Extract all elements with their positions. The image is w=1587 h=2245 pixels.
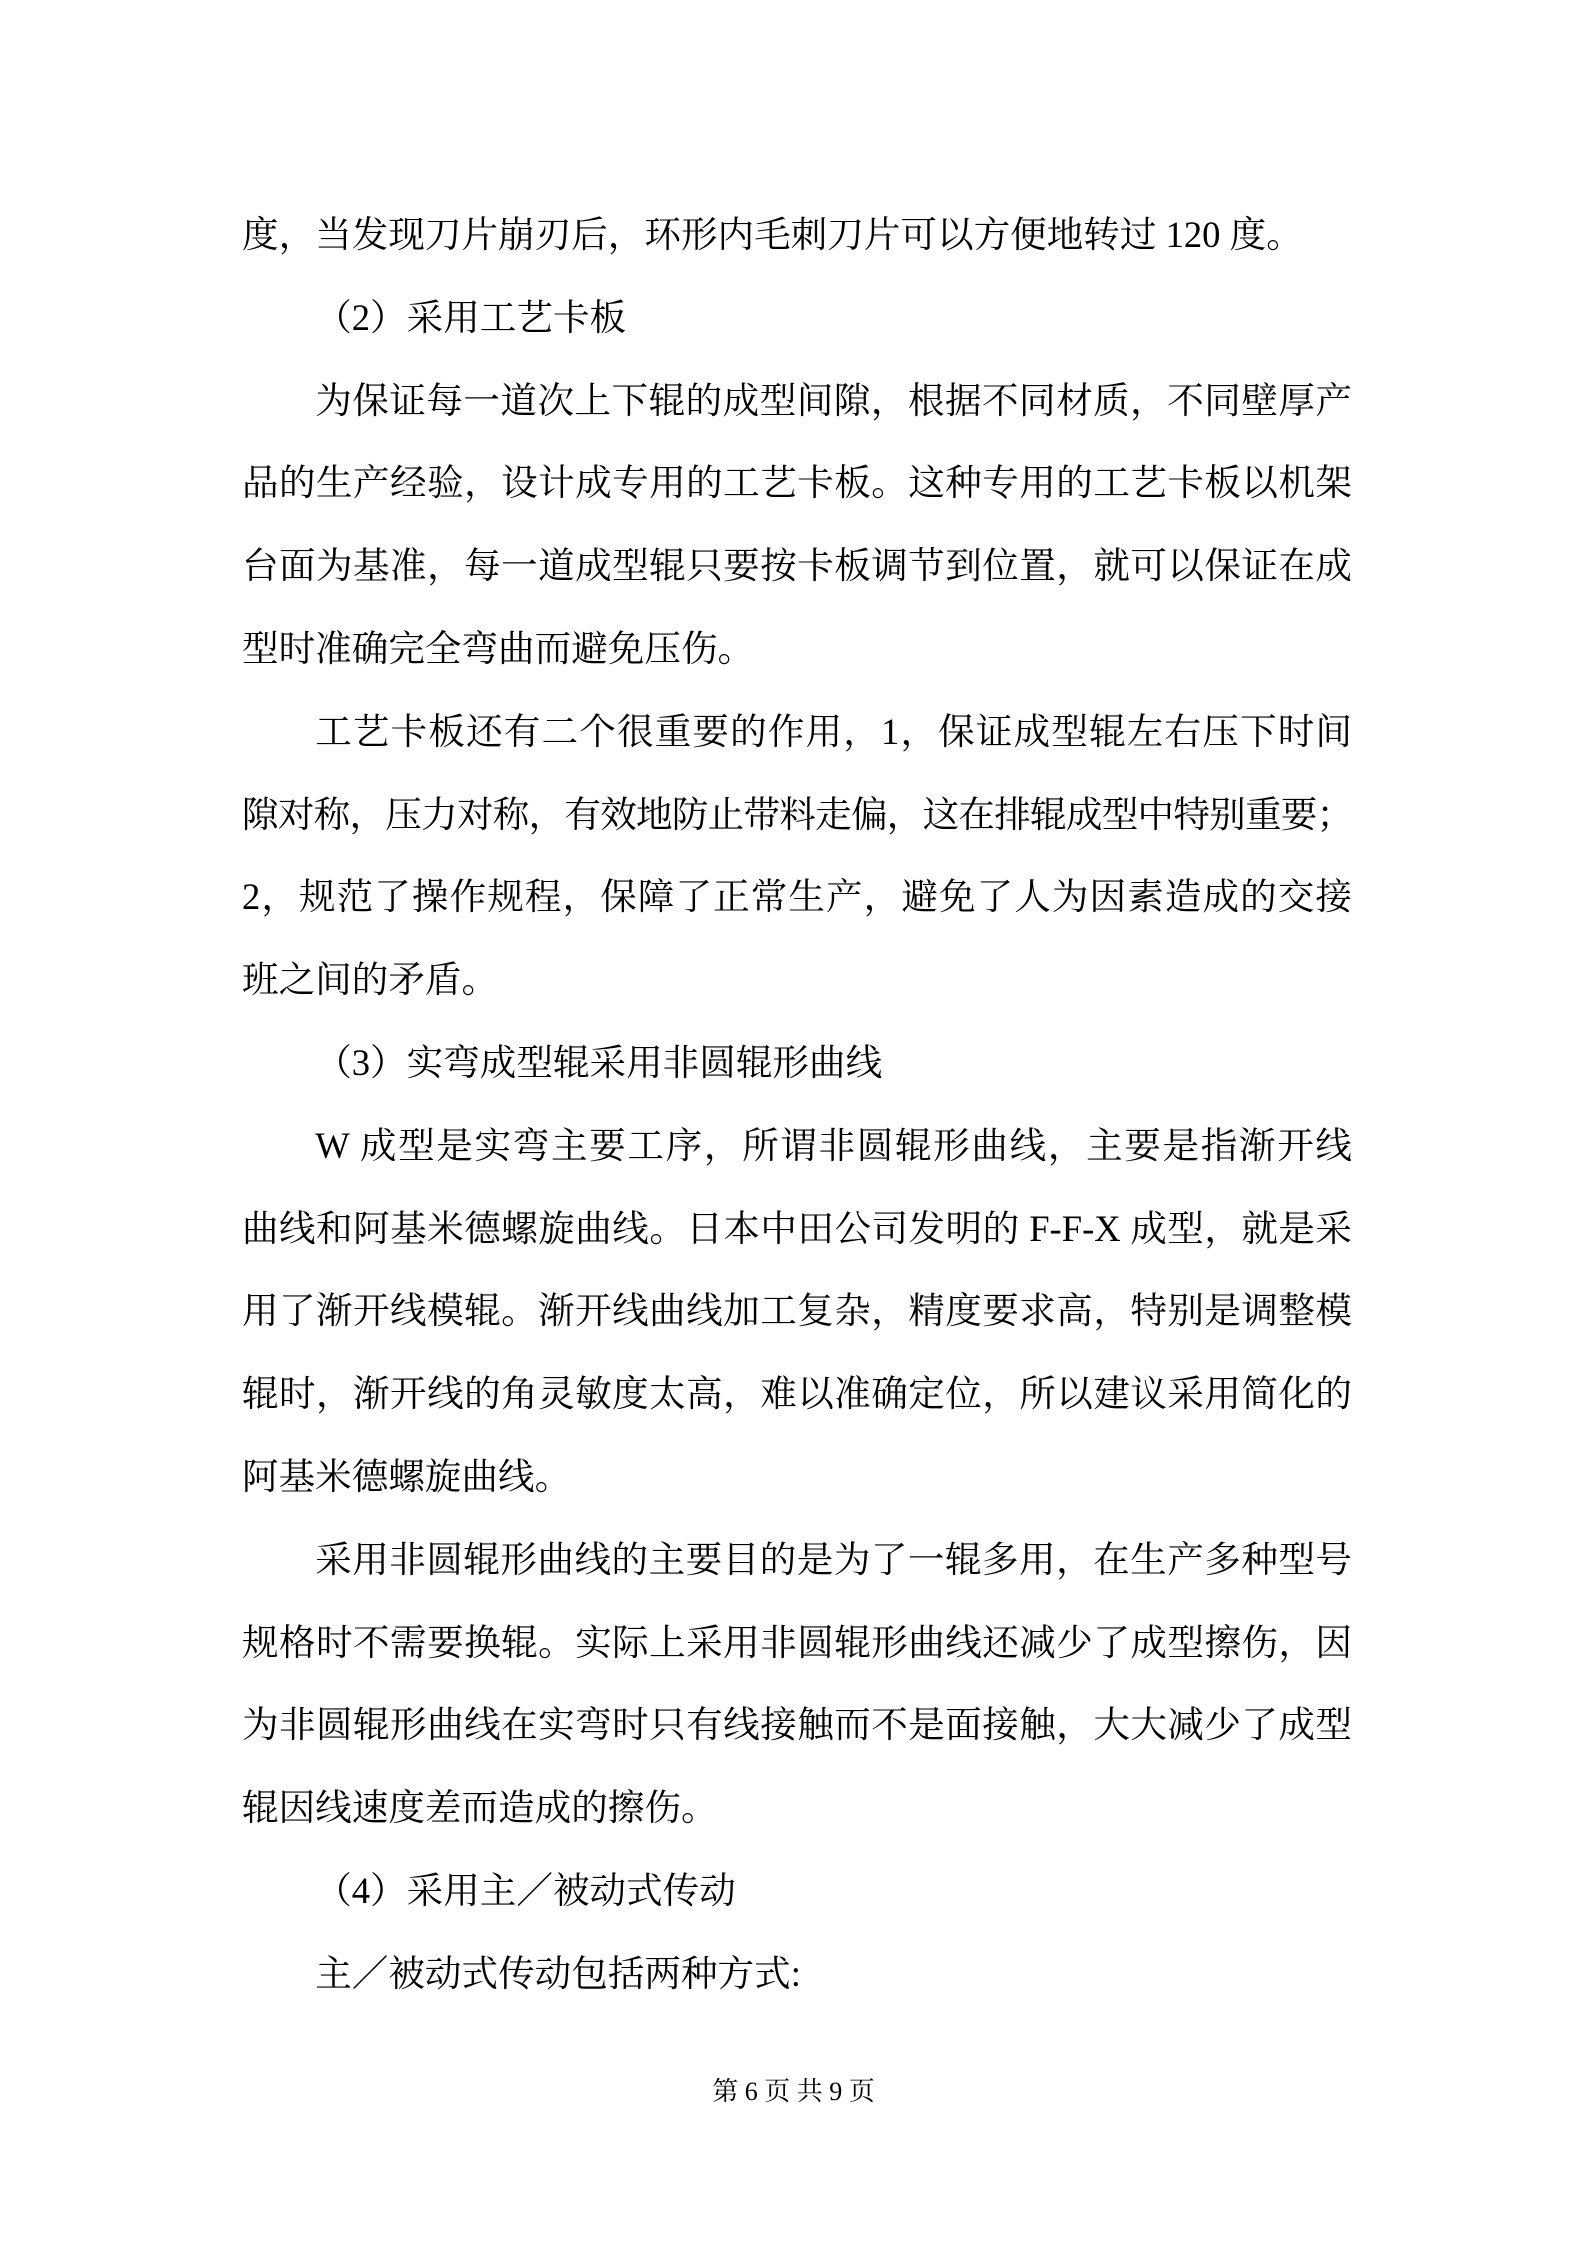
text-line: 度，当发现刀片崩刃后，环形内毛刺刀片可以方便地转过 120 度。 [242,194,1352,277]
page-footer: 第 6 页 共 9 页 [0,2075,1587,2109]
text-line: （3）实弯成型辊采用非圆辊形曲线 [242,1022,1352,1105]
text-line: 台面为基准，每一道成型辊只要按卡板调节到位置，就可以保证在成 [242,525,1352,608]
text-line: 曲线和阿基米德螺旋曲线。日本中田公司发明的 F-F-X 成型，就是采 [242,1188,1352,1271]
text-line: 用了渐开线模辊。渐开线曲线加工复杂，精度要求高，特别是调整模 [242,1270,1352,1353]
document-page: 度，当发现刀片崩刃后，环形内毛刺刀片可以方便地转过 120 度。（2）采用工艺卡… [0,0,1587,2245]
text-line: 辊因线速度差而造成的擦伤。 [242,1767,1352,1850]
text-line: 规格时不需要换辊。实际上采用非圆辊形曲线还减少了成型擦伤，因 [242,1602,1352,1685]
text-line: 辊时，渐开线的角灵敏度太高，难以准确定位，所以建议采用简化的 [242,1353,1352,1436]
text-line: 工艺卡板还有二个很重要的作用，1，保证成型辊左右压下时间 [242,691,1352,774]
text-line: 型时准确完全弯曲而避免压伤。 [242,608,1352,691]
document-body: 度，当发现刀片崩刃后，环形内毛刺刀片可以方便地转过 120 度。（2）采用工艺卡… [242,194,1352,2016]
text-line: 采用非圆辊形曲线的主要目的是为了一辊多用，在生产多种型号 [242,1519,1352,1602]
text-line: 阿基米德螺旋曲线。 [242,1436,1352,1519]
text-line: 隙对称，压力对称，有效地防止带料走偏，这在排辊成型中特别重要； [242,774,1352,857]
text-line: 为保证每一道次上下辊的成型间隙，根据不同材质，不同壁厚产 [242,360,1352,443]
text-line: W 成型是实弯主要工序，所谓非圆辊形曲线，主要是指渐开线 [242,1105,1352,1188]
text-line: 主／被动式传动包括两种方式: [242,1933,1352,2016]
text-line: 品的生产经验，设计成专用的工艺卡板。这种专用的工艺卡板以机架 [242,442,1352,525]
text-line: （2）采用工艺卡板 [242,277,1352,360]
page-number-text: 第 6 页 共 9 页 [712,2077,875,2106]
text-line: （4）采用主／被动式传动 [242,1850,1352,1933]
text-line: 班之间的矛盾。 [242,939,1352,1022]
text-line: 2，规范了操作规程，保障了正常生产，避免了人为因素造成的交接 [242,856,1352,939]
text-line: 为非圆辊形曲线在实弯时只有线接触而不是面接触，大大减少了成型 [242,1684,1352,1767]
